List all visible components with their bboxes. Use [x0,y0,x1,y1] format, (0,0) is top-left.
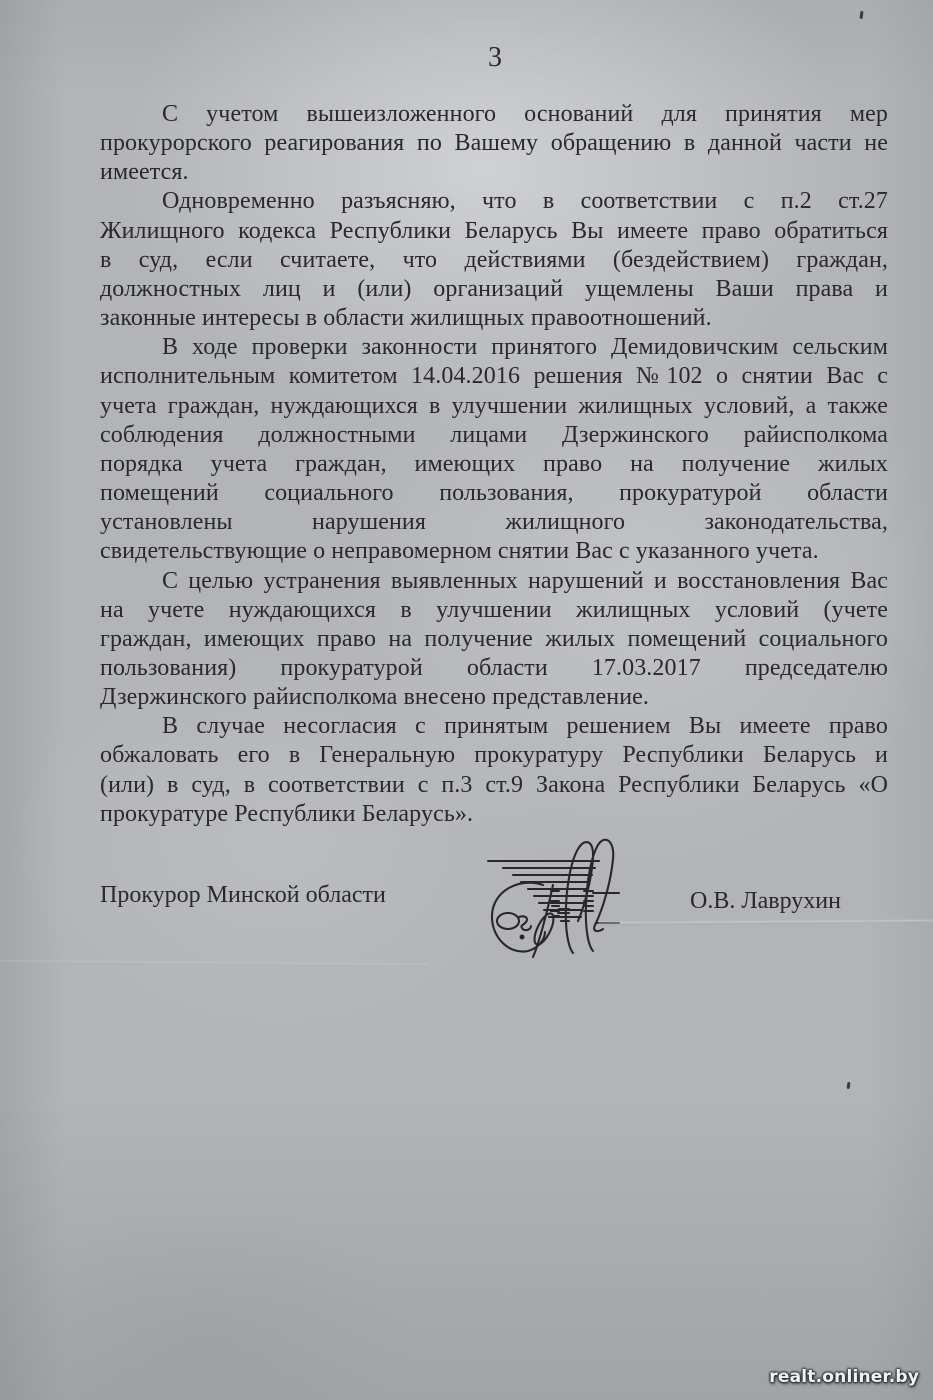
text-line: прокуратуре Республики Беларусь». [100,800,888,829]
text-line: свидетельствующие о неправомерном снятии… [100,537,888,566]
text-line: В случае несогласия с принятым решением … [100,712,888,741]
paragraph: С целью устранения выявленных нарушений … [100,567,888,713]
text-line: Дзержинского райисполкома внесено предст… [100,683,888,712]
watermark: realt.onliner.by [769,1367,919,1387]
paper-speck [859,11,863,19]
text-line: (или) в суд, в соответствии с п.3 ст.9 З… [100,771,888,800]
text-line: установлены нарушения жилищного законода… [100,508,888,537]
text-line: В ходе проверки законности принятого Дем… [100,333,888,362]
text-line: граждан, имеющих право на получение жилы… [100,625,888,654]
text-line: исполнительным комитетом 14.04.2016 реше… [100,362,888,391]
text-line: соблюдения должностными лицами Дзержинск… [100,421,888,450]
handwritten-signature-icon [481,833,631,961]
text-line: должностных лиц и (или) организаций ущем… [100,275,888,304]
paragraph: В случае несогласия с принятым решением … [100,712,888,829]
page-number: 3 [455,42,535,74]
text-line: С учетом вышеизложенного оснований для п… [100,100,888,129]
text-line: прокурорского реагирования по Вашему обр… [100,129,888,158]
signatory-title: Прокурор Минской области [100,882,386,909]
signatory-name: О.В. Лаврухин [690,888,841,915]
text-line: учета граждан, нуждающихся в улучшении ж… [100,392,888,421]
paper-crease [598,920,933,925]
paper-speck [847,1082,851,1089]
document-photo-page: 3 С учетом вышеизложенного оснований для… [0,0,933,1400]
text-line: на учете нуждающихся в улучшении жилищны… [100,596,888,625]
text-line: порядка учета граждан, имеющих право на … [100,450,888,479]
text-line: С целью устранения выявленных нарушений … [100,567,888,596]
text-line: обжаловать его в Генеральную прокуратуру… [100,741,888,770]
text-line: имеется. [100,158,888,187]
text-line: законные интересы в области жилищных пра… [100,304,888,333]
text-line: пользования) прокуратурой области 17.03.… [100,654,888,683]
paragraph: Одновременно разъясняю, что в соответств… [100,187,888,333]
paragraph: В ходе проверки законности принятого Дем… [100,333,888,566]
text-line: помещений социального пользования, проку… [100,479,888,508]
text-line: Жилищного кодекса Республики Беларусь Вы… [100,217,888,246]
text-line: в суд, если считаете, что действиями (бе… [100,246,888,275]
letter-body: С учетом вышеизложенного оснований для п… [100,100,888,829]
paragraph: С учетом вышеизложенного оснований для п… [100,100,888,187]
text-line: Одновременно разъясняю, что в соответств… [100,187,888,216]
paper-crease [0,960,430,967]
